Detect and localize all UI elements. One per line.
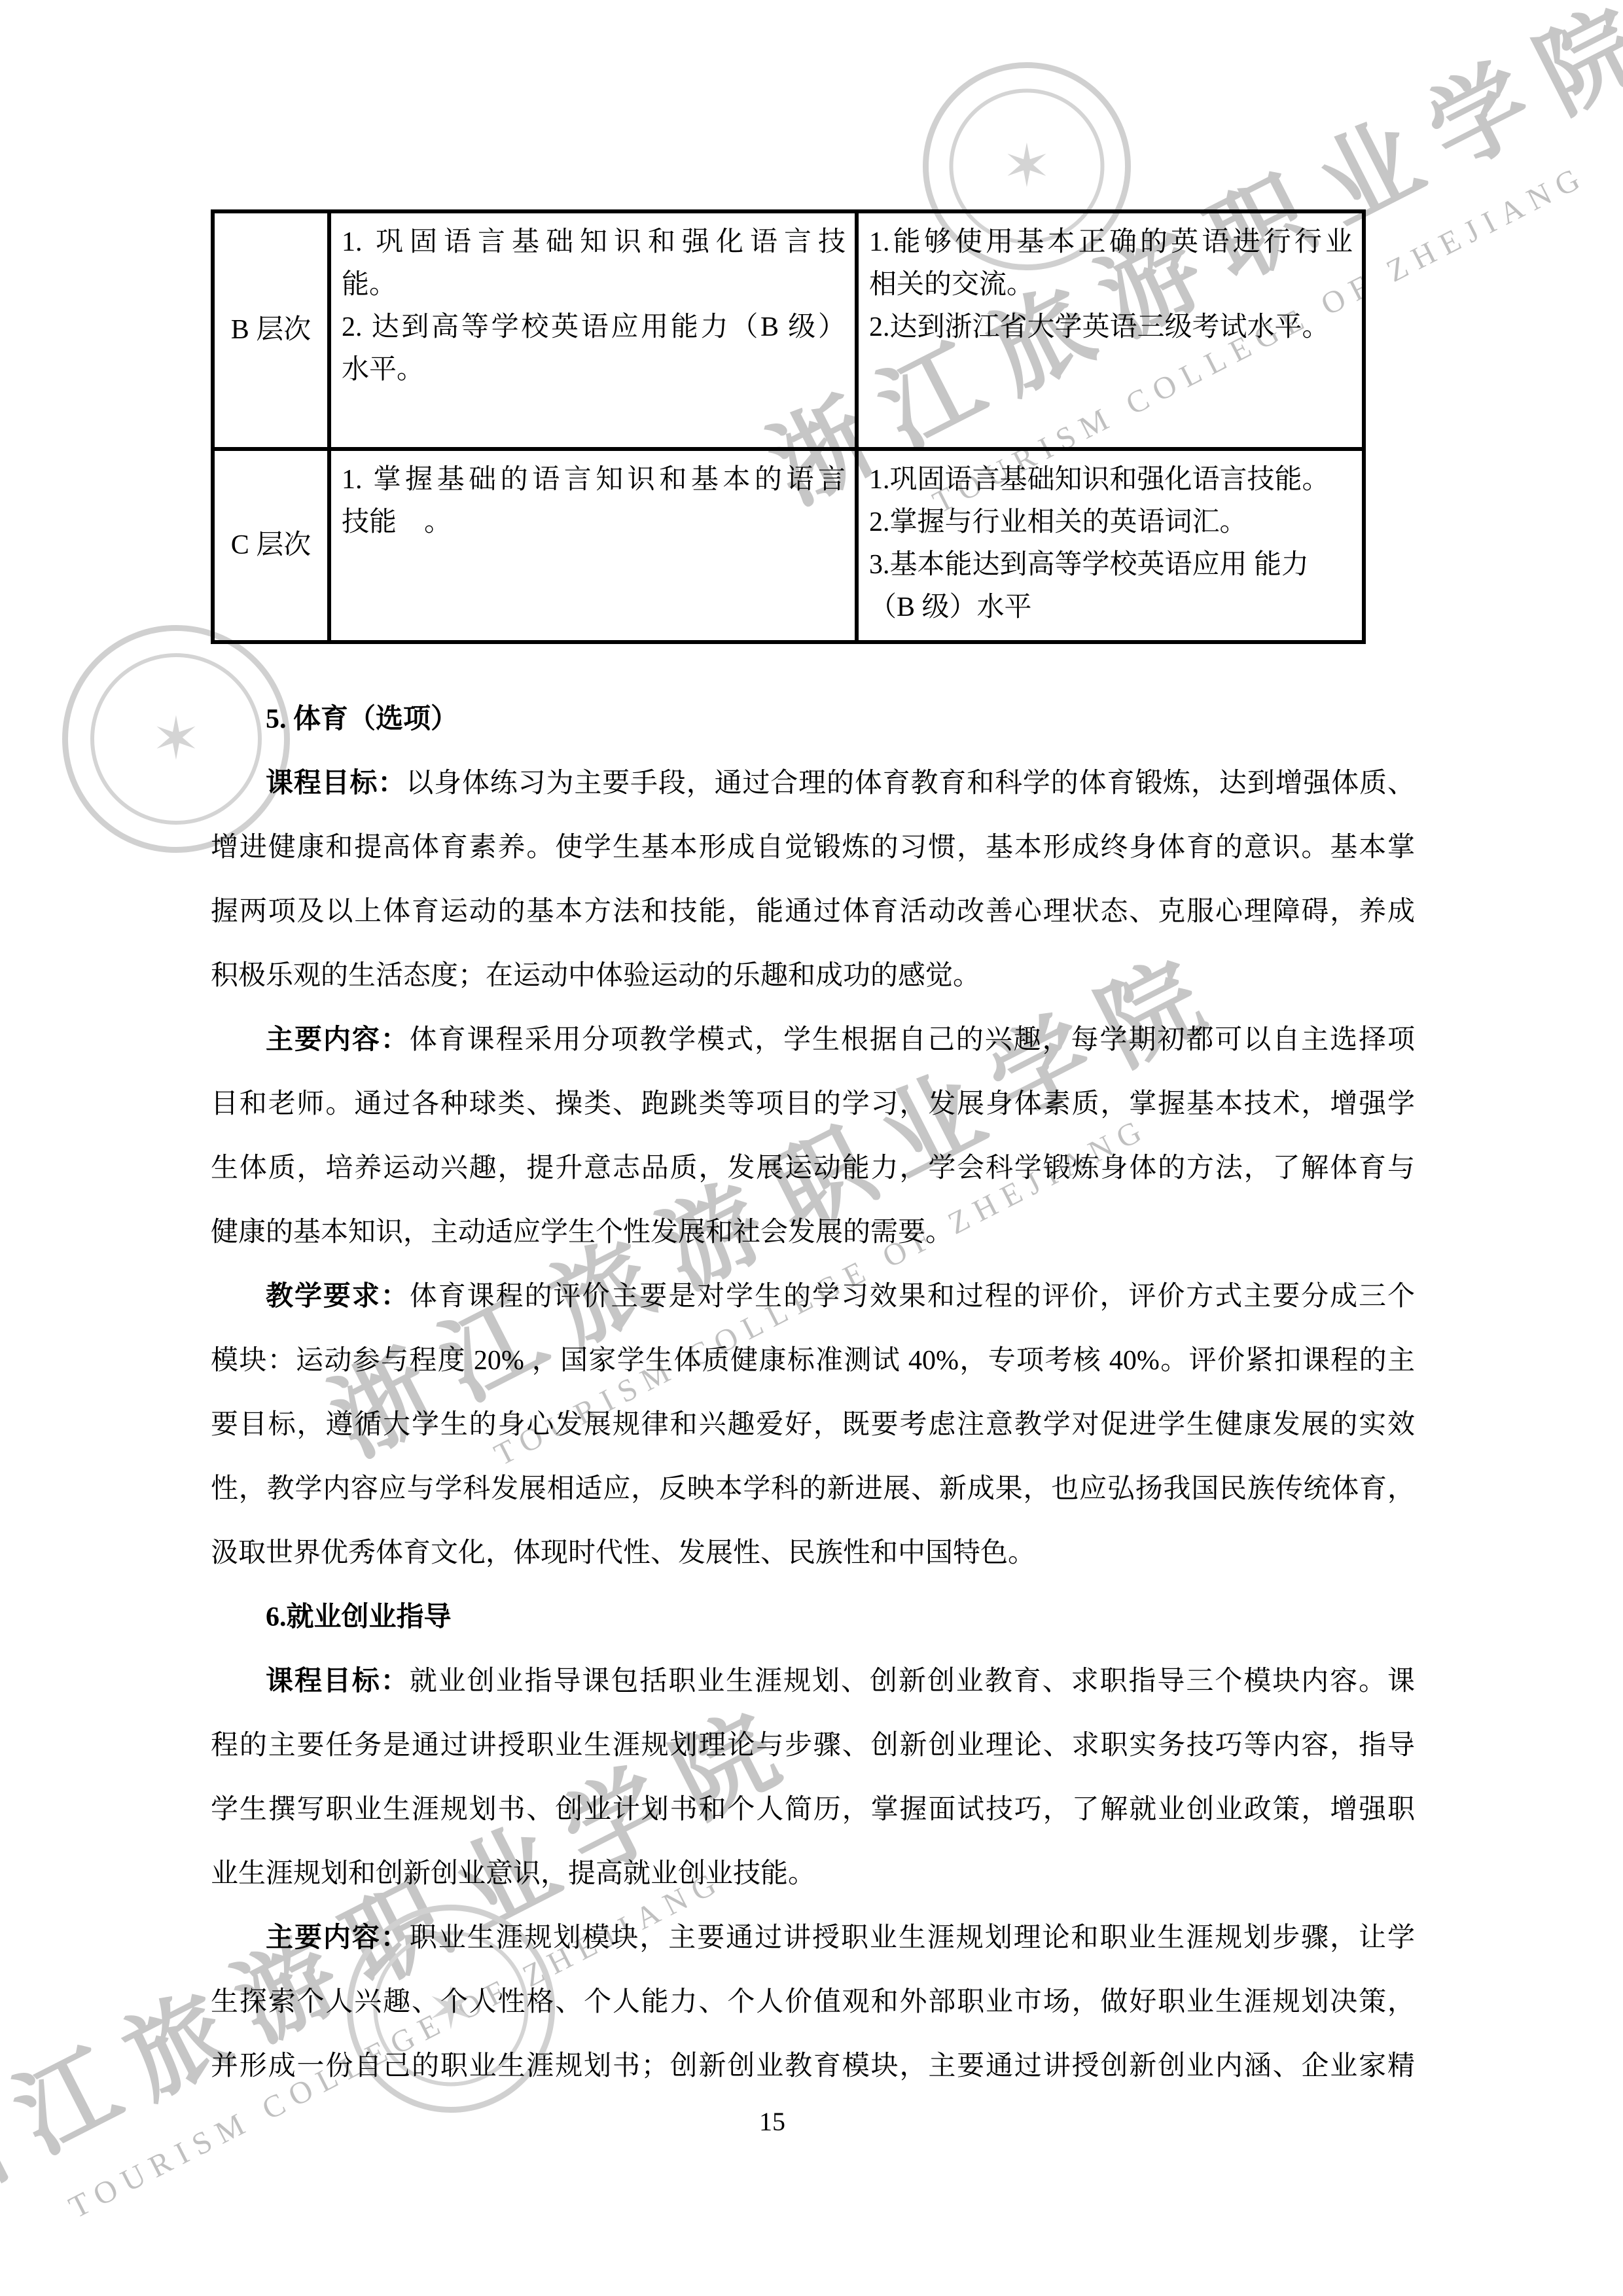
text-line: 增进健康和提高体育素养。使学生基本形成自觉锻炼的习惯，基本形成终身体育的意识。基…	[211, 816, 1415, 880]
document-page: 浙江旅游职业学院 TOURISM COLLEGE OF ZHEJIANG 浙江旅…	[0, 0, 1623, 2296]
objective-line: 1. 巩固语言基础知识和强化语言技	[342, 221, 846, 264]
section-heading-5: 5. 体育（选项）	[211, 687, 1415, 751]
paragraph-text: 就业创业指导课包括职业生涯规划、创新创业教育、求职指导三个模块内容。课	[410, 1666, 1415, 1696]
objectives-cell: 1. 巩固语言基础知识和强化语言技 能。 2. 达到高等学校英语应用能力（B 级…	[329, 211, 857, 449]
objective-line: 水平。	[342, 349, 846, 391]
text-line: 性，教学内容应与学科发展相适应，反映本学科的新进展、新成果，也应弘扬我国民族传统…	[211, 1457, 1415, 1521]
table-row-c: C 层次 1. 掌握基础的语言知识和基本的语言 技能 。 1.巩固语言基础知识和…	[213, 449, 1364, 642]
paragraph-label: 课程目标：	[266, 1666, 410, 1696]
body-text: 5. 体育（选项） 课程目标：以身体练习为主要手段，通过合理的体育教育和科学的体…	[211, 687, 1415, 2098]
page-number: 15	[0, 2091, 1544, 2153]
objective-line: 2. 达到高等学校英语应用能力（B 级）	[342, 306, 846, 349]
paragraph-text: 以身体练习为主要手段，通过合理的体育教育和科学的体育锻炼，达到增强体质、	[406, 768, 1415, 798]
text-line: 积极乐观的生活态度；在运动中体验运动的乐趣和成功的感觉。	[211, 944, 1415, 1008]
paragraph-text: 职业生涯规划模块，主要通过讲授职业生涯规划理论和职业生涯规划步骤，让学	[410, 1923, 1415, 1953]
text-line: 汲取世界优秀体育文化，体现时代性、发展性、民族性和中国特色。	[211, 1521, 1415, 1585]
paragraph-label: 课程目标：	[266, 768, 406, 798]
text-line: 课程目标：就业创业指导课包括职业生涯规划、创新创业教育、求职指导三个模块内容。课	[211, 1649, 1415, 1713]
table-row-b: B 层次 1. 巩固语言基础知识和强化语言技 能。 2. 达到高等学校英语应用能…	[213, 211, 1364, 449]
text-line: 生探索个人兴趣、个人性格、个人能力、个人价值观和外部职业市场，做好职业生涯规划决…	[211, 1970, 1415, 2034]
text-line: 握两项及以上体育运动的基本方法和技能，能通过体育活动改善心理状态、克服心理障碍，…	[211, 880, 1415, 944]
paragraph-label: 主要内容：	[266, 1923, 410, 1953]
paragraph-text: 体育课程的评价主要是对学生的学习效果和过程的评价，评价方式主要分成三个	[410, 1282, 1415, 1312]
objective-line: 能。	[342, 264, 846, 306]
objective-line: 1. 掌握基础的语言知识和基本的语言	[342, 459, 846, 501]
requirement-line: 1.巩固语言基础知识和强化语言技能。	[869, 459, 1353, 501]
text-line: 主要内容：职业生涯规划模块，主要通过讲授职业生涯规划理论和职业生涯规划步骤，让学	[211, 1906, 1415, 1970]
text-line: 教学要求：体育课程的评价主要是对学生的学习效果和过程的评价，评价方式主要分成三个	[211, 1265, 1415, 1329]
english-level-table: B 层次 1. 巩固语言基础知识和强化语言技 能。 2. 达到高等学校英语应用能…	[211, 209, 1366, 644]
paragraph-label: 主要内容：	[266, 1025, 410, 1055]
text-line: 学生撰写职业生涯规划书、创业计划书和个人简历，掌握面试技巧，了解就业创业政策，增…	[211, 1778, 1415, 1842]
text-line: 程的主要任务是通过讲授职业生涯规划理论与步骤、创新创业理论、求职实务技巧等内容，…	[211, 1713, 1415, 1778]
objectives-cell: 1. 掌握基础的语言知识和基本的语言 技能 。	[329, 449, 857, 642]
requirements-cell: 1.能够使用基本正确的英语进行行业 相关的交流。 2.达到浙江省大学英语三级考试…	[857, 211, 1364, 449]
requirement-line: （B 级）水平	[869, 586, 1353, 629]
level-cell: B 层次	[213, 211, 329, 449]
text-line: 模块：运动参与程度 20% ，国家学生体质健康标准测试 40%，专项考核 40%…	[211, 1329, 1415, 1393]
text-line: 课程目标：以身体练习为主要手段，通过合理的体育教育和科学的体育锻炼，达到增强体质…	[211, 751, 1415, 816]
requirement-line: 2.掌握与行业相关的英语词汇。	[869, 501, 1353, 544]
requirement-line: 1.能够使用基本正确的英语进行行业	[869, 221, 1353, 264]
text-line: 并形成一份自己的职业生涯规划书；创新创业教育模块，主要通过讲授创新创业内涵、企业…	[211, 2034, 1415, 2098]
paragraph-text: 体育课程采用分项教学模式，学生根据自己的兴趣，每学期初都可以自主选择项	[410, 1025, 1415, 1055]
requirements-cell: 1.巩固语言基础知识和强化语言技能。 2.掌握与行业相关的英语词汇。 3.基本能…	[857, 449, 1364, 642]
text-line: 业生涯规划和创新创业意识，提高就业创业技能。	[211, 1842, 1415, 1906]
text-line: 健康的基本知识，主动适应学生个性发展和社会发展的需要。	[211, 1200, 1415, 1265]
text-line: 要目标，遵循大学生的身心发展规律和兴趣爱好，既要考虑注意教学对促进学生健康发展的…	[211, 1393, 1415, 1457]
text-line: 主要内容：体育课程采用分项教学模式，学生根据自己的兴趣，每学期初都可以自主选择项	[211, 1008, 1415, 1072]
requirement-line: 相关的交流。	[869, 264, 1353, 306]
text-line: 目和老师。通过各种球类、操类、跑跳类等项目的学习，发展身体素质，掌握基本技术，增…	[211, 1072, 1415, 1136]
requirement-line: 2.达到浙江省大学英语三级考试水平。	[869, 306, 1353, 349]
paragraph-label: 教学要求：	[266, 1282, 410, 1312]
text-line: 生体质，培养运动兴趣，提升意志品质，发展运动能力，学会科学锻炼身体的方法，了解体…	[211, 1136, 1415, 1200]
level-cell: C 层次	[213, 449, 329, 642]
requirement-line: 3.基本能达到高等学校英语应用 能力	[869, 544, 1353, 586]
section-heading-6: 6.就业创业指导	[211, 1585, 1415, 1649]
objective-line: 技能 。	[342, 501, 846, 544]
